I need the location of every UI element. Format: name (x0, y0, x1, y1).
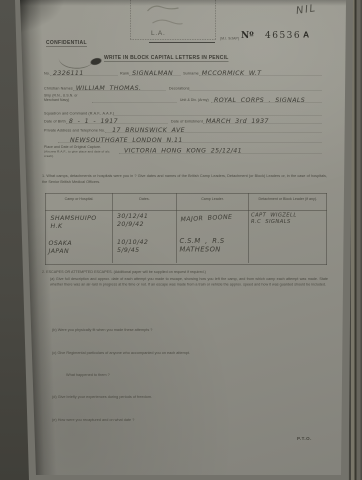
rank-value: SIGNALMAN (132, 69, 173, 77)
unit-field: ROYAL CORPS . SIGNALS (211, 96, 322, 104)
section2-para-a: (a) Give full description and approx. da… (50, 276, 328, 287)
surname-value: MCCORMICK W.T (202, 69, 262, 77)
corner-note: NIL (295, 2, 317, 17)
unit-value: ROYAL CORPS . SIGNALS (214, 96, 305, 104)
enlistment-field: MARCH 3rd 1937 (203, 117, 322, 125)
dob-label: Date of Birth (44, 119, 66, 124)
field-row-address: Private Address and Telephone No. 17 BRU… (44, 125, 322, 133)
capture-label-block: Place and Date of Original Capture. (Air… (44, 145, 119, 159)
question-c: (c) Give Regimental particulars of anyon… (52, 350, 190, 356)
camps-table: Camp or Hospital. Dates. Camp Leader. De… (45, 193, 327, 265)
camp-entry-2: OSAKA JAPAN (49, 239, 73, 255)
question-c2: What happened to them ? (66, 372, 110, 378)
camps-table-body: SHAMSHUIPO H.K OSAKA JAPAN 30/12/41 20/9… (46, 211, 327, 263)
field-row-capture: Place and Date of Original Capture. (Air… (44, 145, 322, 165)
ship-label: Ship (R.N., U.S.N. or Merchant Navy) (44, 93, 92, 103)
camp-entry-1: SHAMSHUIPO H.K (51, 214, 97, 230)
series-letter: A (303, 30, 309, 40)
field-row-no-rank-surname: No. 2326111 Rank SIGNALMAN Surname MCCOR… (44, 68, 322, 76)
dob-field: 8 - 1 - 1917 (66, 117, 168, 125)
no-value: 2326111 (53, 69, 84, 77)
header-camp-leader: Camp Leader. (177, 194, 250, 211)
christian-names-field: WILLIAM THOMAS. (73, 84, 166, 92)
capture-value: VICTORIA HONG KONG 25/12/41 (124, 147, 242, 155)
serial-number: 46536 (265, 30, 301, 41)
address-value: 17 BRUNSWICK AVE (112, 126, 185, 134)
capture-sublabel: (Aircrew R.A.F., to give place and date … (44, 150, 119, 159)
header-camp: Camp or Hospital. (46, 194, 114, 211)
question-e: (e) How were you recaptured and on what … (52, 417, 134, 423)
address-field: 17 BRUNSWICK AVE (105, 126, 322, 134)
scanned-form-photo: CONFIDENTIAL L.A. (M.I. 9/JAP) Nº 46536 … (0, 0, 362, 480)
pto-note: P.T.O. (297, 436, 312, 441)
question-d: (d) Give briefly your experiences during… (52, 394, 152, 400)
no-field: 2326111 (50, 69, 118, 77)
serial-no-sign: Nº (241, 30, 254, 41)
question-b: (b) Were you physically fit when you mad… (52, 327, 152, 333)
col-camp: SHAMSHUIPO H.K OSAKA JAPAN (46, 211, 114, 263)
rank-field: SIGNALMAN (129, 69, 181, 77)
detachment-entry-1: CAPT WIGZELL R.C SIGNALS (251, 212, 297, 225)
form-title: WRITE IN BLOCK CAPITAL LETTERS IN PENCIL (104, 55, 229, 62)
scan-scene: CONFIDENTIAL L.A. (M.I. 9/JAP) Nº 46536 … (0, 0, 362, 480)
enlistment-value: MARCH 3rd 1937 (206, 117, 269, 125)
dates-entry-1: 30/12/41 20/9/42 (117, 212, 148, 228)
address-label: Private Address and Telephone No. (44, 128, 105, 133)
la-note: L.A. (149, 29, 215, 43)
address-field-line2: NEWSOUTHGATE LONDON N.11 (58, 136, 322, 144)
header-dates: Dates. (113, 194, 177, 211)
field-row-christian-decorations: Christian Names WILLIAM THOMAS. Decorati… (44, 83, 322, 91)
section2-heading: 2. ESCAPES OR ATTEMPTED ESCAPES. (Additi… (42, 269, 332, 275)
camps-table-header: Camp or Hospital. Dates. Camp Leader. De… (46, 194, 327, 212)
col-dates: 30/12/41 20/9/42 10/10/42 5/9/45 (113, 211, 177, 263)
field-row-ship-unit: Ship (R.N., U.S.N. or Merchant Navy) Uni… (44, 91, 322, 103)
field-row-dob-enlistment: Date of Birth 8 - 1 - 1917 Date of Enlis… (44, 115, 322, 124)
col-detachment-leader: CAPT WIGZELL R.C SIGNALS (249, 211, 327, 263)
surname-field: MCCORMICK W.T (199, 69, 322, 77)
col-camp-leader: MAJOR BOONE C.S.M , R.S MATHESON (177, 211, 250, 263)
decorations-field (190, 84, 322, 92)
ship-field (92, 96, 177, 104)
form-content: CONFIDENTIAL L.A. (M.I. 9/JAP) Nº 46536 … (0, 0, 362, 480)
field-row-address2: NEWSOUTHGATE LONDON N.11 (58, 135, 322, 143)
form-page: CONFIDENTIAL L.A. (M.I. 9/JAP) Nº 46536 … (0, 0, 362, 480)
header-detachment-leader: Detachment or Block Leader (if any). (249, 194, 327, 211)
leader-entry-2: C.S.M , R.S MATHESON (180, 237, 225, 254)
mi9-stamp: (M.I. 9/JAP) (220, 37, 239, 41)
enlistment-label: Date of Enlistment (168, 119, 203, 124)
dob-value: 8 - 1 - 1917 (69, 117, 118, 125)
capture-field: VICTORIA HONG KONG 25/12/41 (119, 145, 322, 154)
address-value2: NEWSOUTHGATE LONDON N.11 (70, 136, 183, 144)
unit-label: Unit & Div. (Army) (177, 98, 211, 103)
leader-entry-1: MAJOR BOONE (180, 213, 232, 224)
surname-label: Surname (181, 71, 199, 76)
section1-intro: 1. What camps, detachments or hospitals … (42, 173, 327, 185)
dates-entry-2: 10/10/42 5/9/45 (117, 238, 148, 254)
rank-label: Rank (118, 71, 129, 76)
